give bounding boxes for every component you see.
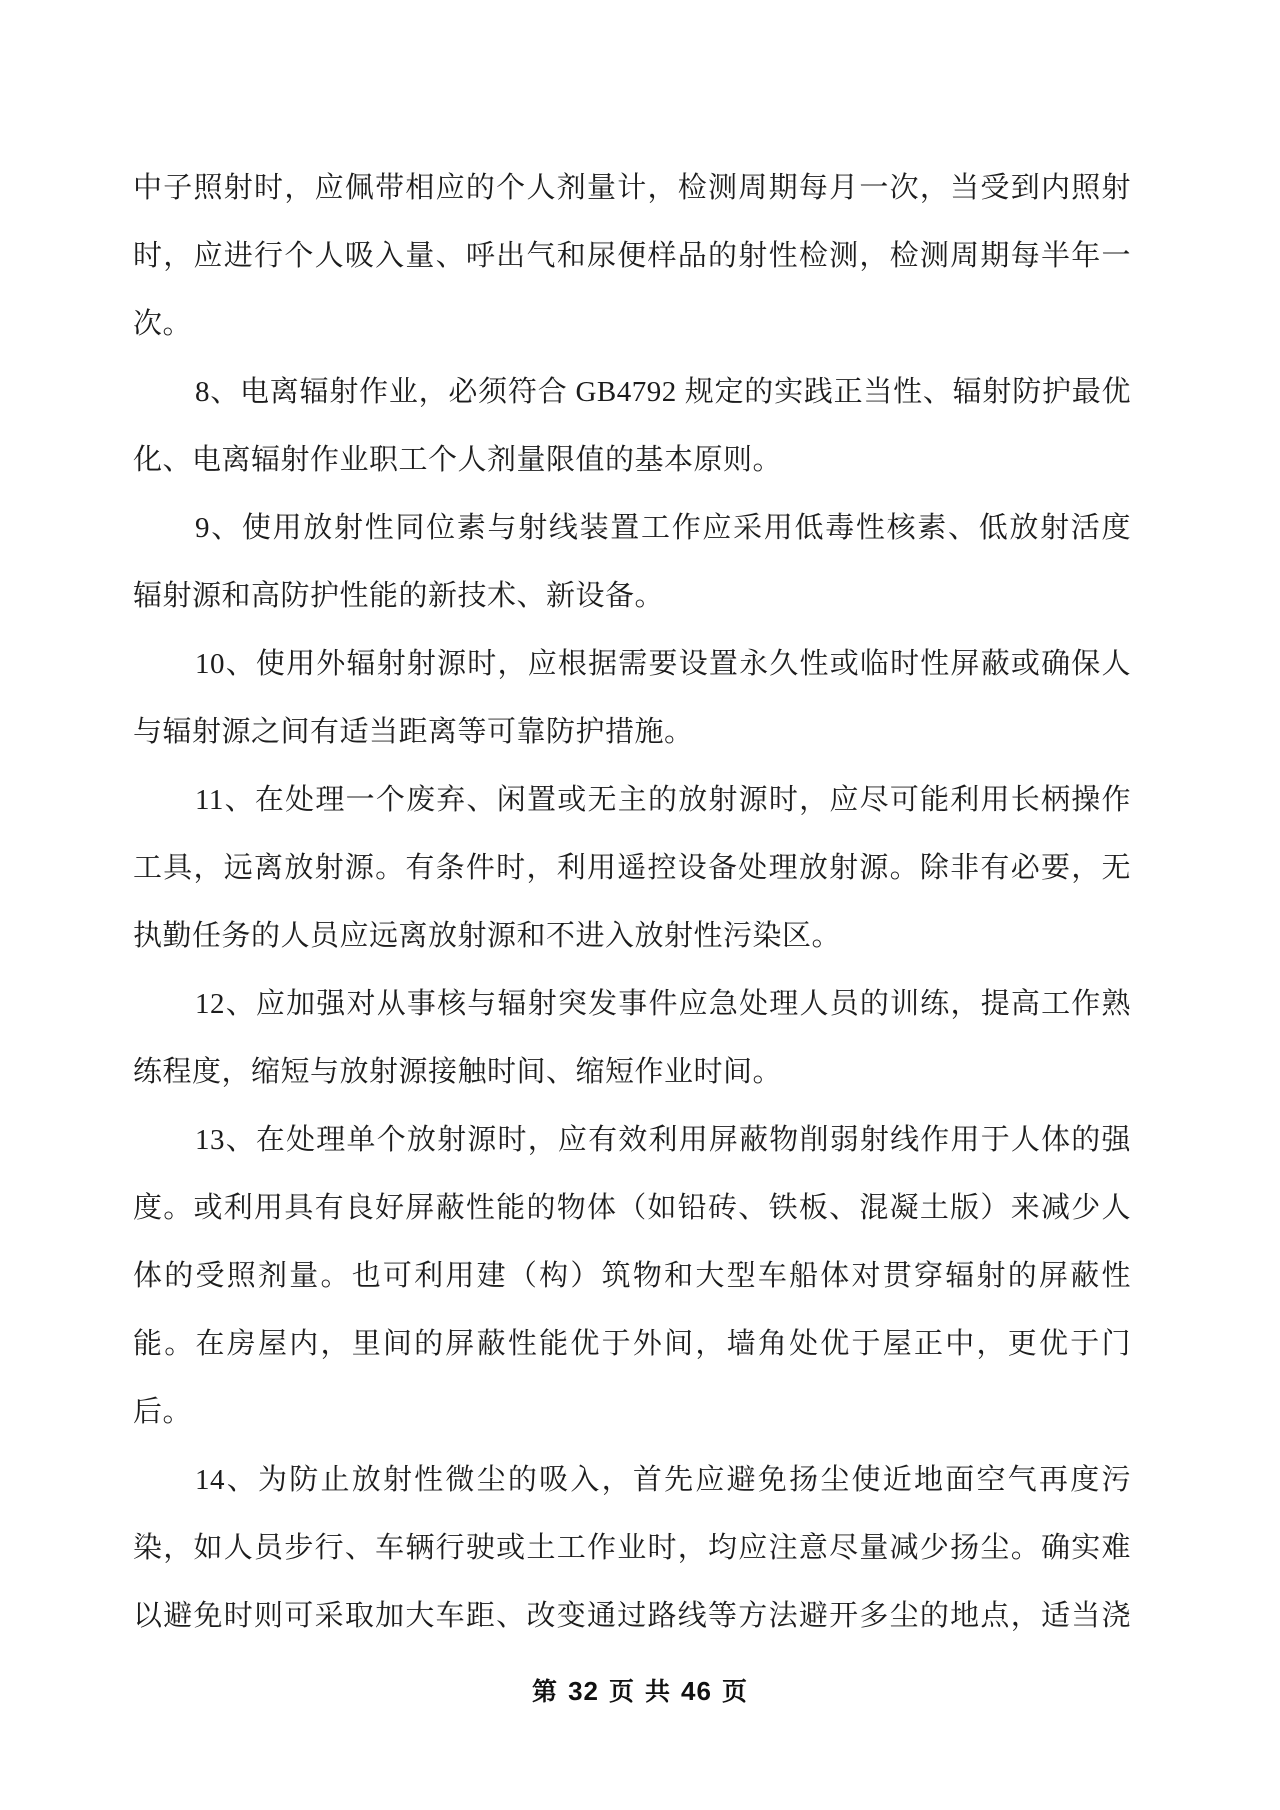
- footer-prefix: 第: [532, 1678, 558, 1706]
- text-line: 工具，远离放射源。有条件时，利用遥控设备处理放射源。除非有必要，无: [133, 834, 1131, 902]
- text-line: 中子照射时，应佩带相应的个人剂量计，检测周期每月一次，当受到内照射: [133, 154, 1131, 222]
- text-line: 体的受照剂量。也可利用建（构）筑物和大型车船体对贯穿辐射的屏蔽性: [133, 1242, 1131, 1310]
- page-footer: 第32页共46页: [0, 1672, 1280, 1708]
- footer-middle-right: 共: [645, 1678, 671, 1706]
- text-line: 化、电离辐射作业职工个人剂量限值的基本原则。: [133, 426, 1131, 494]
- footer-total-pages: 46: [681, 1676, 712, 1706]
- footer-page-number: 32: [568, 1676, 599, 1706]
- text-line: 时，应进行个人吸入量、呼出气和尿便样品的射性检测，检测周期每半年一: [133, 222, 1131, 290]
- text-line: 12、应加强对从事核与辐射突发事件应急处理人员的训练，提高工作熟: [133, 970, 1131, 1038]
- text-line: 10、使用外辐射射源时，应根据需要设置永久性或临时性屏蔽或确保人: [133, 630, 1131, 698]
- text-line: 后。: [133, 1378, 1131, 1446]
- text-line: 11、在处理一个废弃、闲置或无主的放射源时，应尽可能利用长柄操作: [133, 766, 1131, 834]
- text-line: 度。或利用具有良好屏蔽性能的物体（如铅砖、铁板、混凝土版）来减少人: [133, 1174, 1131, 1242]
- footer-middle-left: 页: [609, 1678, 635, 1706]
- text-line: 14、为防止放射性微尘的吸入，首先应避免扬尘使近地面空气再度污: [133, 1446, 1131, 1514]
- text-line: 辐射源和高防护性能的新技术、新设备。: [133, 562, 1131, 630]
- text-line: 执勤任务的人员应远离放射源和不进入放射性污染区。: [133, 902, 1131, 970]
- text-line: 以避免时则可采取加大车距、改变通过路线等方法避开多尘的地点，适当浇: [133, 1582, 1131, 1650]
- document-body: 中子照射时，应佩带相应的个人剂量计，检测周期每月一次，当受到内照射时，应进行个人…: [133, 154, 1131, 1650]
- text-line: 8、电离辐射作业，必须符合 GB4792 规定的实践正当性、辐射防护最优: [133, 358, 1131, 426]
- text-line: 次。: [133, 290, 1131, 358]
- text-line: 13、在处理单个放射源时，应有效利用屏蔽物削弱射线作用于人体的强: [133, 1106, 1131, 1174]
- document-page: 中子照射时，应佩带相应的个人剂量计，检测周期每月一次，当受到内照射时，应进行个人…: [0, 0, 1280, 1810]
- text-line: 9、使用放射性同位素与射线装置工作应采用低毒性核素、低放射活度: [133, 494, 1131, 562]
- footer-suffix: 页: [722, 1678, 748, 1706]
- text-line: 与辐射源之间有适当距离等可靠防护措施。: [133, 698, 1131, 766]
- text-line: 能。在房屋内，里间的屏蔽性能优于外间，墙角处优于屋正中，更优于门: [133, 1310, 1131, 1378]
- text-line: 染，如人员步行、车辆行驶或土工作业时，均应注意尽量减少扬尘。确实难: [133, 1514, 1131, 1582]
- text-line: 练程度，缩短与放射源接触时间、缩短作业时间。: [133, 1038, 1131, 1106]
